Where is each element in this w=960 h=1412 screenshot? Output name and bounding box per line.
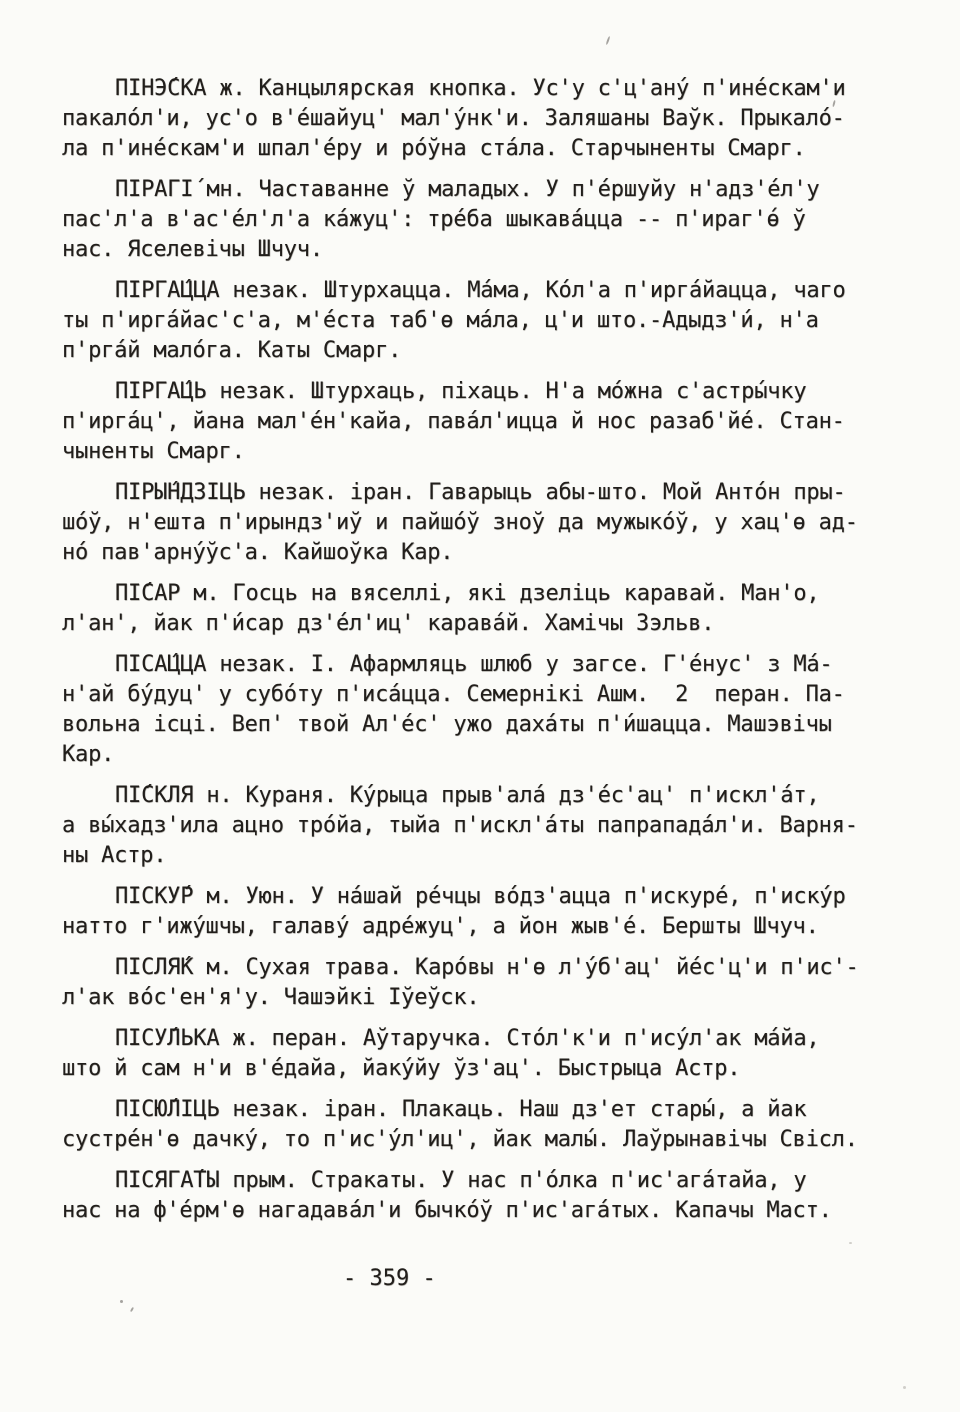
entry-line: ПІ́САР м. Госць на вяселлі, які дзеліць … (62, 579, 932, 609)
entry-line: ПІСА́ЦЦА незак. І. Афармляць шлюб у загс… (62, 650, 932, 680)
dictionary-entry: ПІСЮ́ЛІЦЬ незак. іран. Плакаць. Наш дз'е… (62, 1095, 932, 1155)
dictionary-entry: ПІНЭ́СКА ж. Канцылярская кнопка. Ус'у с'… (62, 74, 932, 164)
entry-line: ПІРГА́ЦЬ незак. Штурхаць, піхаць. Н'а мо… (62, 377, 932, 407)
entry-line: натто г'ижу́шчы, галаву́ адре́жуц', а йо… (62, 912, 932, 942)
entry-line: шо́ў, н'ешта п'ирындз'иў и пайшо́ў зноў … (62, 508, 932, 538)
entry-line: но́ пав'арну́ўс'а. Кайшоўка Кар. (62, 538, 932, 568)
entry-line: чыненты Смарг. (62, 437, 932, 467)
scan-artifact (849, 1242, 852, 1244)
entry-line: ны Астр. (62, 841, 932, 871)
entry-line: ПІНЭ́СКА ж. Канцылярская кнопка. Ус'у с'… (62, 74, 932, 104)
dictionary-entry: ПІСА́ЦЦА незак. І. Афармляць шлюб у загс… (62, 650, 932, 770)
entry-line: нас на ф'е́рм'ѳ нагадава́л'и бычко́ў п'и… (62, 1196, 932, 1226)
entry-line: вольна ісці. Веп' твой Ал'е́с' ужо даха́… (62, 710, 932, 740)
scan-artifact (130, 1307, 134, 1312)
entry-line: п'рга́й мало́га. Каты Смарг. (62, 336, 932, 366)
scan-artifact (120, 1300, 123, 1303)
dictionary-entry: ПІСЯГА́ТЫ прым. Стракаты. У нас п'о́лка … (62, 1166, 932, 1226)
dictionary-entry: ПІ́СКЛЯ н. Кураня. Ку́рыца прыв'ала́ дз'… (62, 781, 932, 871)
entries-list: ПІНЭ́СКА ж. Канцылярская кнопка. Ус'у с'… (62, 74, 932, 1226)
entry-line: ПІСКУ́Р м. Уюн. У на́шай ре́чцы во́дз'ац… (62, 882, 932, 912)
entry-line: што й сам н'и в'е́дайа, йаку́йу ўз'ац'. … (62, 1054, 932, 1084)
dictionary-entry: ПІСКУ́Р м. Уюн. У на́шай ре́чцы во́дз'ац… (62, 882, 932, 942)
dictionary-entry: ПІРГА́ЦЬ незак. Штурхаць, піхаць. Н'а мо… (62, 377, 932, 467)
entry-line: ла п'ине́скам'и шпал'е́ру и ро́ўна ста́л… (62, 134, 932, 164)
entry-line: л'ан', йак п'и́сар дз'е́л'иц' карава́й. … (62, 609, 932, 639)
entry-line: пас'л'а в'ас'е́л'л'а ка́жуц': тре́ба шык… (62, 205, 932, 235)
entry-line: ПІРАГІ́ мн. Частаванне ў маладых. У п'е́… (62, 175, 932, 205)
entry-line: Кар. (62, 740, 932, 770)
dictionary-entry: ПІСЛЯ́К м. Сухая трава. Каро́вы н'ѳ л'у́… (62, 953, 932, 1013)
scan-artifact (903, 1386, 906, 1389)
entry-line: ПІСУ́ЛЬКА ж. перан. Аўтаручка. Сто́л'к'и… (62, 1024, 932, 1054)
entry-line: ПІСЮ́ЛІЦЬ незак. іран. Плакаць. Наш дз'е… (62, 1095, 932, 1125)
entry-line: л'ак во́с'ен'я'у. Чашэйкі Іўеўск. (62, 983, 932, 1013)
entry-line: н'ай бу́дуц' у субо́ту п'иса́цца. Семерн… (62, 680, 932, 710)
dictionary-entry: ПІРГА́ЦЦА незак. Штурхацца. Ма́ма, Ко́л'… (62, 276, 932, 366)
dictionary-entry: ПІСУ́ЛЬКА ж. перан. Аўтаручка. Сто́л'к'и… (62, 1024, 932, 1084)
entry-line: ПІРГА́ЦЦА незак. Штурхацца. Ма́ма, Ко́л'… (62, 276, 932, 306)
dictionary-entry: ПІРАГІ́ мн. Частаванне ў маладых. У п'е́… (62, 175, 932, 265)
dictionary-page: ПІНЭ́СКА ж. Канцылярская кнопка. Ус'у с'… (0, 0, 960, 1294)
scanned-dictionary-page: { "colors": { "paper": "#fbfbf8", "ink":… (0, 0, 960, 1412)
dictionary-entry: ПІ́САР м. Госць на вяселлі, які дзеліць … (62, 579, 932, 639)
entry-line: ПІСЯГА́ТЫ прым. Стракаты. У нас п'о́лка … (62, 1166, 932, 1196)
page-number: - 359 - (62, 1264, 932, 1294)
entry-line: нас. Яселевічы Шчуч. (62, 235, 932, 265)
entry-line: ПІРЫ́НДЗІЦЬ незак. іран. Гаварыць абы-шт… (62, 478, 932, 508)
entry-line: ПІСЛЯ́К м. Сухая трава. Каро́вы н'ѳ л'у́… (62, 953, 932, 983)
entry-line: п'ирга́ц', йана мал'е́н'кайа, пава́л'ицц… (62, 407, 932, 437)
entry-line: ты п'ирга́йас'с'а, м'е́ста таб'ѳ ма́ла, … (62, 306, 932, 336)
entry-line: а вы́хадз'ила ацно тро́йа, тыйа п'искл'а… (62, 811, 932, 841)
entry-line: пакало́л'и, ус'о в'е́шайуц' мал'у́нк'и. … (62, 104, 932, 134)
entry-line: ПІ́СКЛЯ н. Кураня. Ку́рыца прыв'ала́ дз'… (62, 781, 932, 811)
dictionary-entry: ПІРЫ́НДЗІЦЬ незак. іран. Гаварыць абы-шт… (62, 478, 932, 568)
entry-line: сустре́н'ѳ дачку́, то п'ис'у́л'иц', йак … (62, 1125, 932, 1155)
